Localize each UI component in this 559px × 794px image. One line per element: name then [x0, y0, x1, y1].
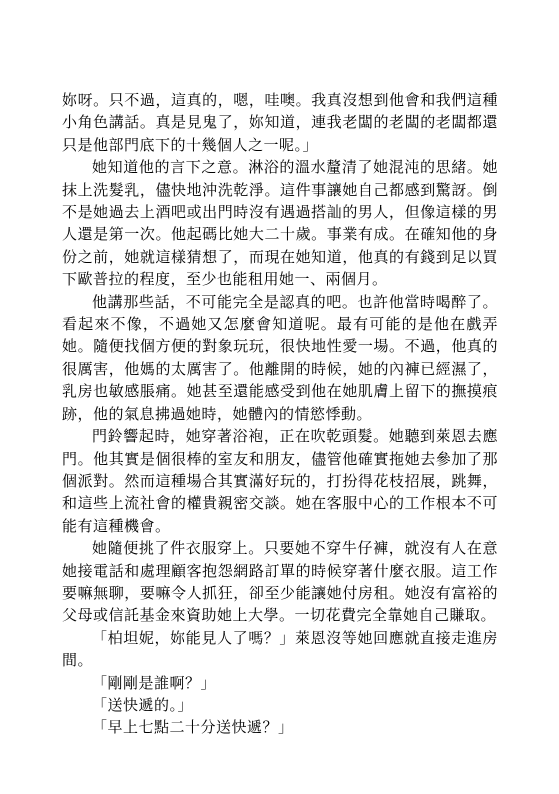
book-page: 妳呀。只不過，這真的，嗯，哇噢。我真沒想到他會和我們這種小角色講話。真是見鬼了，…	[62, 90, 498, 740]
paragraph-dialogue: 「柏坦妮，妳能見人了嗎？」萊恩沒等她回應就直接走進房間。	[62, 628, 498, 673]
paragraph-dialogue: 「早上七點二十分送快遞？」	[62, 717, 498, 739]
paragraph: 門鈴響起時，她穿著浴袍，正在吹乾頭髮。她聽到萊恩去應門。他其實是個很棒的室友和朋…	[62, 426, 498, 538]
paragraph: 她隨便挑了件衣服穿上。只要她不穿牛仔褲，就沒有人在意她接電話和處理顧客抱怨網路訂…	[62, 538, 498, 628]
paragraph-continuation: 妳呀。只不過，這真的，嗯，哇噢。我真沒想到他會和我們這種小角色講話。真是見鬼了，…	[62, 90, 498, 157]
paragraph: 她知道他的言下之意。淋浴的溫水釐清了她混沌的思緒。她抹上洗髮乳，儘快地沖洗乾淨。…	[62, 157, 498, 291]
paragraph-dialogue: 「剛剛是誰啊？」	[62, 673, 498, 695]
paragraph: 他講那些話，不可能完全是認真的吧。也許他當時喝醉了。看起來不像，不過她又怎麼會知…	[62, 292, 498, 426]
paragraph-dialogue: 「送快遞的。」	[62, 695, 498, 717]
